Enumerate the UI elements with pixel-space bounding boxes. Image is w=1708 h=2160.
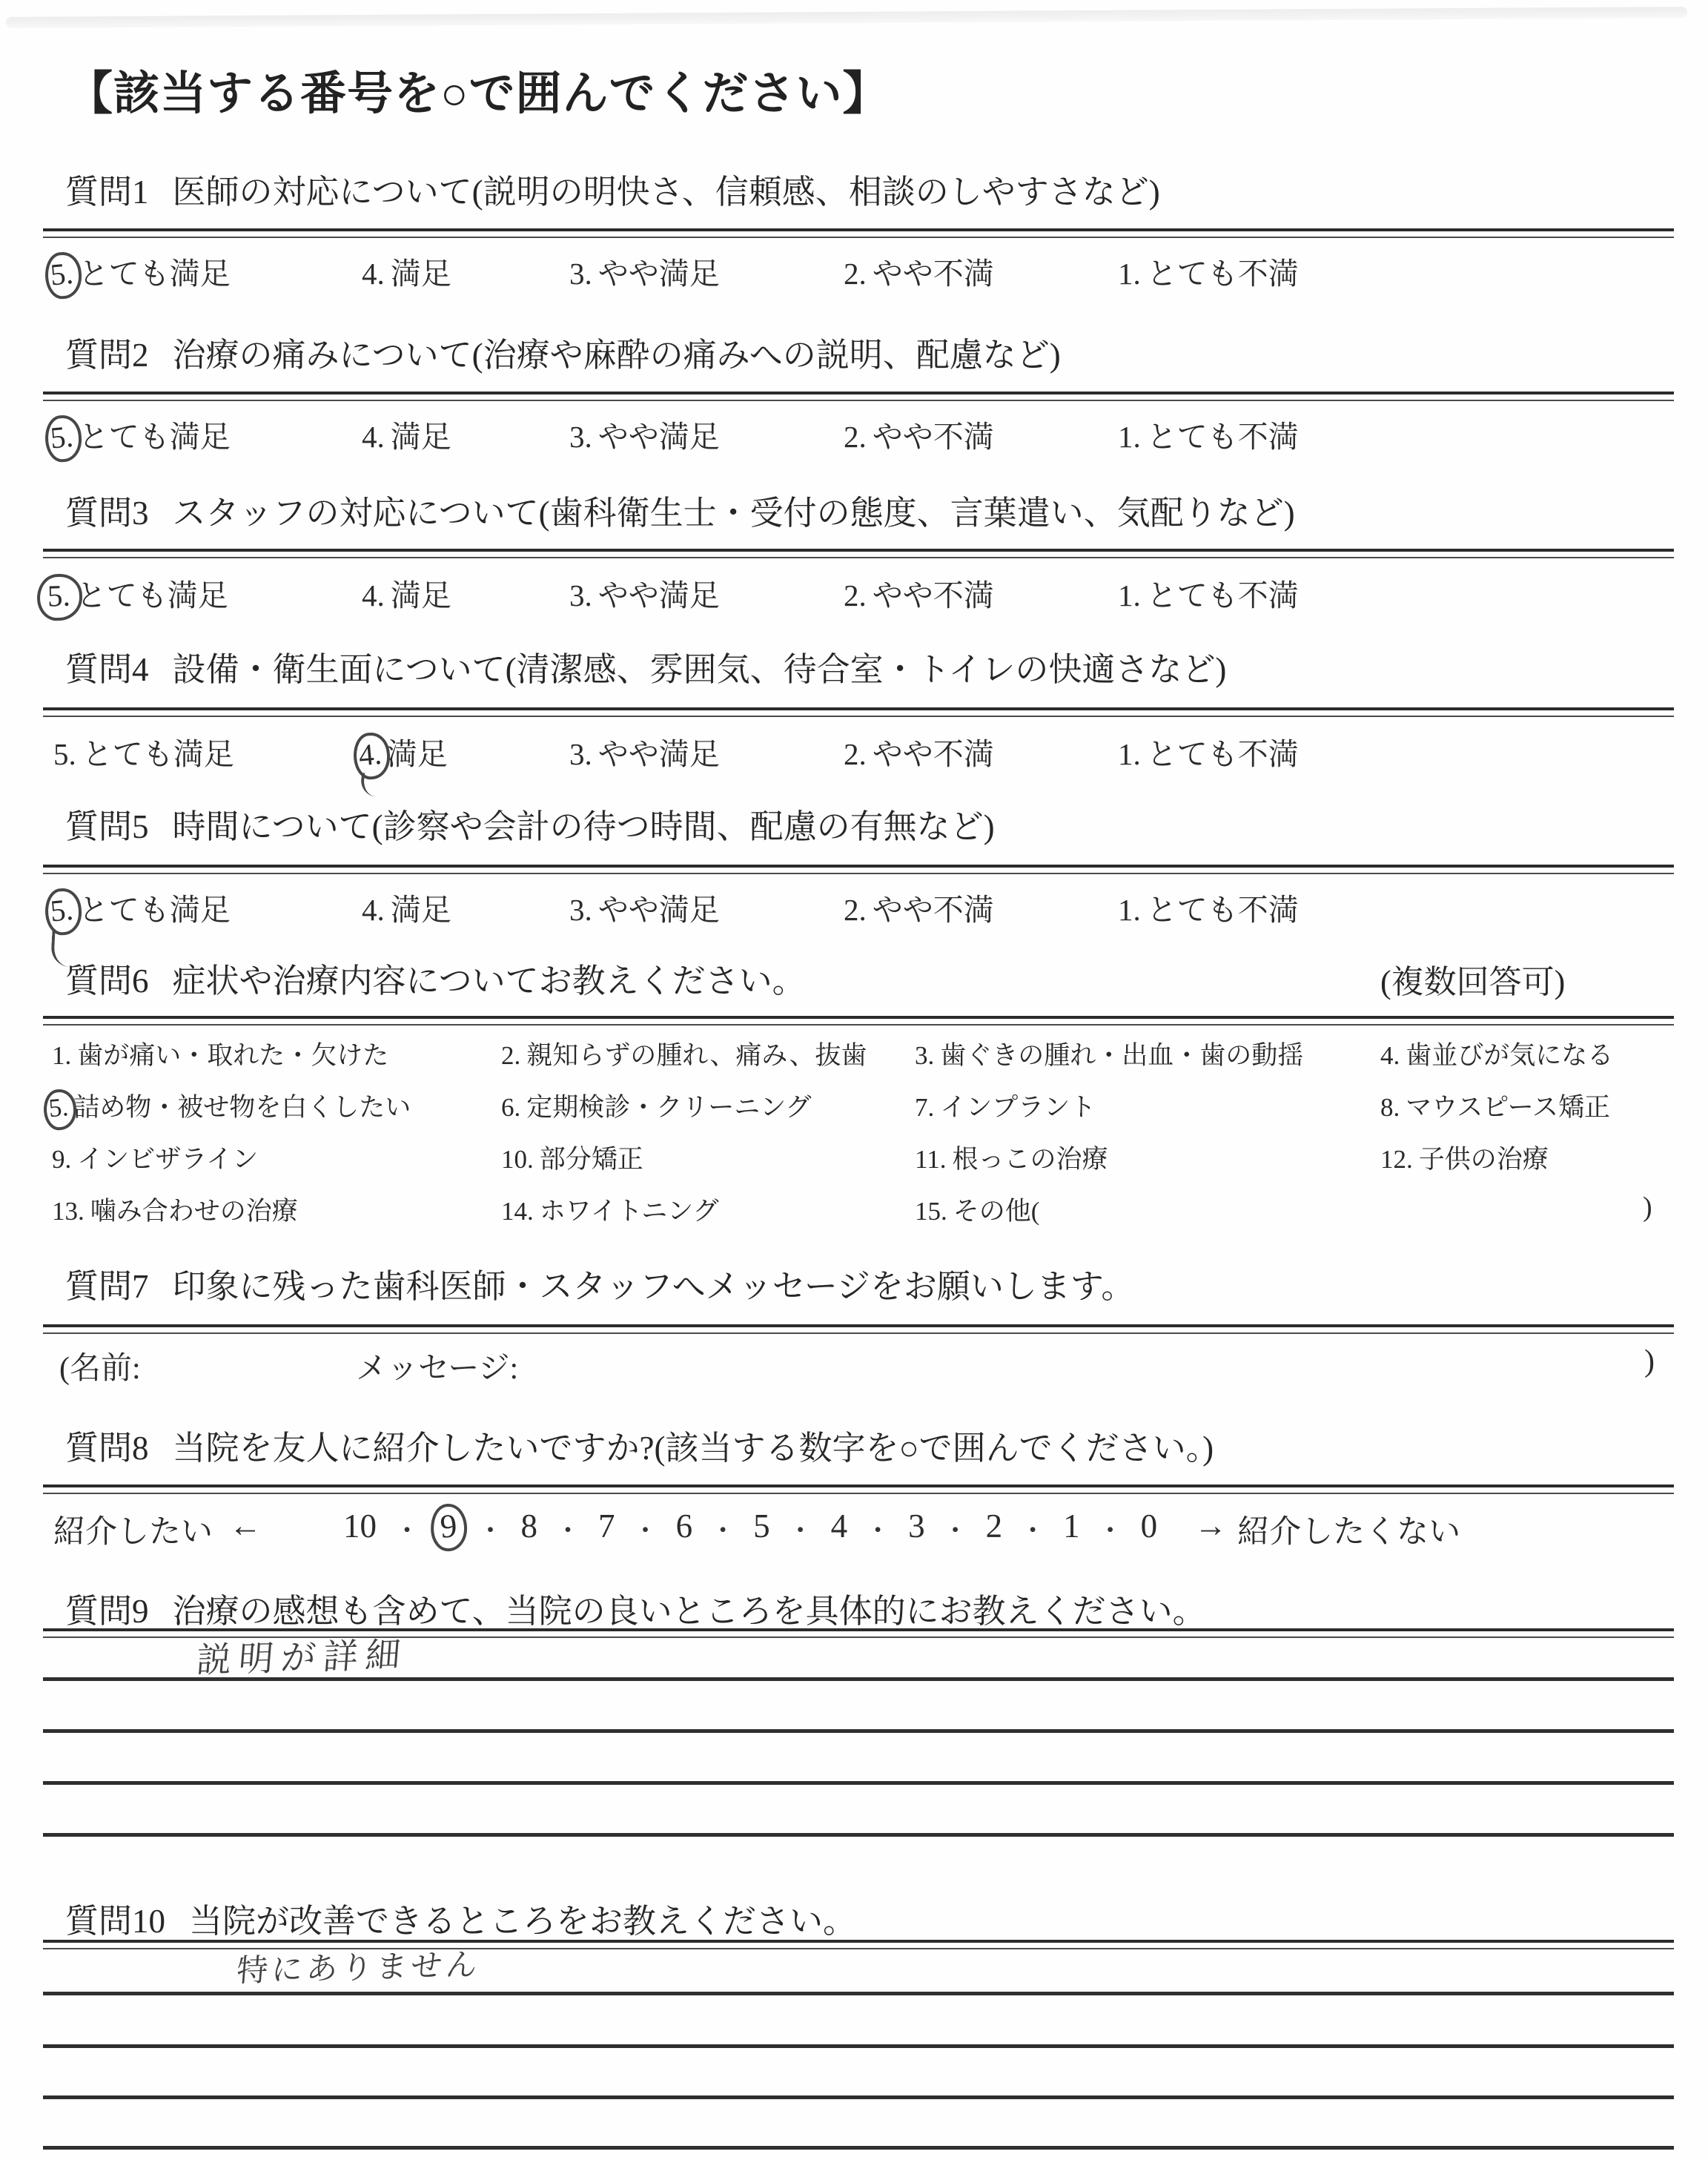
item-number: 3. [915,1041,934,1071]
rating-option: 5.とても満足 [53,730,234,773]
nps-number: 6 [676,1507,693,1545]
rating-option: 4.満足 [362,885,451,929]
question-8-heading: 当院を友人に紹介したいですか?(該当する数字を○で囲んでください。) [173,1430,1214,1467]
question-7-label: 質問7 [65,1268,149,1305]
question-1-heading: 医師の対応について(説明の明快さ、信頼感、相談のしやすさなど) [173,174,1160,211]
dot-separator: ・ [942,1507,969,1548]
option-label: とても不満 [1147,257,1299,291]
item-number: 6. [501,1093,520,1123]
answer-line [43,1729,1674,1733]
symptom-item: 9.インビザライン [52,1139,258,1176]
question-6-row-3: 9.インビザライン 10.部分矯正 11.根っこの治療 12.子供の治療 [0,1139,1708,1185]
nps-number: 0 [1141,1507,1158,1545]
item-label: 部分矯正 [540,1145,643,1174]
dot-separator: ・ [477,1507,504,1548]
symptom-item: 5.詰め物・被せ物を白くしたい [52,1087,411,1124]
question-6-row-2: 5.詰め物・被せ物を白くしたい 6.定期検診・クリーニング 7.インプラント 8… [0,1087,1708,1133]
symptom-item: 7.インプラント [915,1087,1096,1124]
question-6-heading: 症状や治療内容についてお教えください。 [173,962,806,1000]
question-3-options: 5.とても満足 4.満足 3.やや満足 2.やや不満 1.とても不満 [0,571,1708,618]
option-number: 2. [844,419,867,455]
option-number: 2. [844,736,867,772]
option-number: 3. [569,736,592,772]
question-2-options: 5.とても満足 4.満足 3.やや満足 2.やや不満 1.とても不満 [0,412,1708,460]
selected-circle-q5: 5. [43,887,83,937]
question-2-heading: 治療の痛みについて(治療や麻酔の痛みへの説明、配慮など) [173,337,1061,374]
option-label: とても満足 [79,257,231,291]
question-1-header: 質問1医師の対応について(説明の明快さ、信頼感、相談のしやすさなど) [65,165,1160,213]
option-number: 4. [362,578,385,613]
symptom-item: 6.定期検診・クリーニング [501,1087,812,1124]
scan-artifact-line [6,7,1687,28]
option-number: 2. [844,892,867,928]
rating-option: 4.満足 [362,571,451,615]
question-5-options: 5.とても満足 4.満足 3.やや満足 2.やや不満 1.とても不満 [0,885,1708,933]
option-number: 4. [362,256,385,291]
nps-number: 1 [1063,1507,1080,1545]
item-label: マウスピース矯正 [1406,1093,1610,1122]
left-arrow-icon: ← [229,1507,262,1545]
option-number: 1. [1118,736,1141,772]
right-arrow-icon: → [1194,1507,1227,1545]
option-label: やや満足 [598,578,720,612]
option-label: とても満足 [76,578,228,612]
item-number: 2. [501,1041,520,1071]
rating-option: 2.やや不満 [844,412,994,456]
question-3-label: 質問3 [65,495,149,532]
question-7-header: 質問7印象に残った歯科医師・スタッフへメッセージをお願いします。 [65,1259,1134,1307]
rating-option: 5.とても満足 [53,249,231,293]
question-6-underline [43,1016,1674,1025]
rating-option: 4.満足 [362,412,451,456]
option-label: とても満足 [82,737,234,771]
question-7-fields: (名前: メッセージ: ) [0,1344,1708,1388]
answer-line [43,1781,1674,1785]
symptom-item: 12.子供の治療 [1380,1139,1549,1176]
option-number: 2. [844,256,867,291]
fields-close-paren: ) [1644,1344,1655,1379]
option-label: やや不満 [873,893,994,927]
nps-scale-row: 紹介したい ← 10 ・ 9 ・ 8 ・ 7 ・ 6 ・ 5 ・ 4 ・ 3 ・… [53,1507,1669,1552]
question-3-header: 質問3スタッフの対応について(歯科衛生士・受付の態度、言葉遣い、気配りなど) [65,486,1295,534]
symptom-item: 8.マウスピース矯正 [1380,1087,1610,1124]
question-1-label: 質問1 [65,174,149,211]
symptom-item: 4.歯並びが気になる [1380,1035,1613,1072]
nps-number: 10 [343,1507,377,1545]
option-number: 3. [569,256,592,291]
symptom-item: 13.噛み合わせの治療 [52,1191,298,1228]
question-1-underline [43,228,1674,238]
answer-line [43,2044,1674,2048]
question-3-heading: スタッフの対応について(歯科衛生士・受付の態度、言葉遣い、気配りなど) [173,495,1295,532]
item-number: 10. [501,1145,534,1175]
option-number: 5. [53,736,76,772]
item-label: インプラント [940,1093,1096,1122]
question-2-underline [43,392,1674,401]
question-6-header: 質問6症状や治療内容についてお教えください。 [65,954,806,1002]
message-field-label: メッセージ: [356,1344,518,1388]
rating-option: 2.やや不満 [844,730,994,773]
item-number: 1. [52,1041,71,1071]
rating-option: 3.やや満足 [569,249,720,293]
option-label: とても不満 [1147,737,1299,771]
survey-form-page: 【該当する番号を○で囲んでください】 質問1医師の対応について(説明の明快さ、信… [0,0,1708,2160]
option-number: 2. [844,578,867,613]
option-number: 4. [362,892,385,928]
option-label: とても不満 [1147,420,1299,454]
item-number: 9. [52,1145,71,1175]
dot-separator: ・ [555,1507,581,1548]
dot-separator: ・ [864,1507,891,1548]
dot-separator: ・ [1019,1507,1046,1548]
handwritten-answer-q9: 説明が詳細 [195,1628,410,1683]
option-label: とても不満 [1147,893,1299,927]
question-6-row-1: 1.歯が痛い・取れた・欠けた 2.親知らずの腫れ、痛み、抜歯 3.歯ぐきの腫れ・… [0,1035,1708,1081]
item-label: 詰め物・被せ物を白くしたい [73,1093,411,1122]
rating-option: 5.とても満足 [53,571,228,615]
item-label: 子供の治療 [1419,1145,1549,1174]
answer-line [43,1677,1674,1681]
symptom-item-other: 15.その他( [915,1191,1039,1228]
rating-option: 2.やや不満 [844,885,994,929]
question-10-heading: 当院が改善できるところをお教えください。 [189,1903,856,1940]
selected-circle-q2: 5. [43,414,83,463]
question-10-header: 質問10当院が改善できるところをお教えください。 [65,1894,856,1942]
question-9-heading: 治療の感想も含めて、当院の良いところを具体的にお教えください。 [173,1593,1206,1630]
rating-option: 1.とても不満 [1118,571,1299,615]
item-label: 根っこの治療 [952,1145,1108,1174]
item-number: 15. [915,1197,947,1226]
item-number: 11. [915,1145,946,1175]
item-number: 13. [52,1197,85,1226]
item-number: 12. [1380,1145,1413,1175]
option-label: 満足 [391,893,451,927]
question-5-underline [43,865,1674,874]
question-10-label: 質問10 [65,1903,165,1940]
question-8-label: 質問8 [65,1430,149,1467]
question-5-header: 質問5時間について(診察や会計の待つ時間、配慮の有無など) [65,799,995,848]
option-number: 1. [1118,892,1141,928]
rating-option: 1.とても不満 [1118,885,1299,929]
multiple-answers-note: (複数回答可) [1380,955,1565,1003]
option-label: やや不満 [873,578,994,612]
question-8-underline [43,1484,1674,1494]
name-field-label: (名前: [59,1344,141,1388]
option-label: やや満足 [598,420,720,454]
selected-circle-q8: 9 [429,1502,469,1552]
rating-option: 1.とても不満 [1118,249,1299,293]
question-5-label: 質問5 [65,808,149,845]
nps-number: 3 [908,1507,925,1545]
answer-line [43,1992,1674,1995]
item-number: 14. [501,1197,534,1226]
dot-separator: ・ [394,1507,420,1548]
option-label: 満足 [391,578,451,612]
rating-option: 1.とても不満 [1118,412,1299,456]
nps-right-label: 紹介したくない [1237,1507,1460,1552]
question-5-heading: 時間について(診察や会計の待つ時間、配慮の有無など) [173,808,995,845]
symptom-item: 1.歯が痛い・取れた・欠けた [52,1035,388,1072]
nps-number: 7 [598,1507,615,1545]
rating-option: 3.やや満足 [569,730,720,773]
selected-circle-q1: 5. [43,251,83,300]
item-label: 噛み合わせの治療 [90,1197,298,1226]
question-6-label: 質問6 [65,962,149,1000]
symptom-item: 11.根っこの治療 [915,1139,1108,1176]
other-close-paren: ) [1643,1191,1652,1223]
option-label: 満足 [391,420,451,454]
symptom-item: 14.ホワイトニング [501,1191,719,1228]
question-6-row-4: 13.噛み合わせの治療 14.ホワイトニング 15.その他( ) [0,1191,1708,1237]
nps-number: 8 [521,1507,538,1545]
question-8-header: 質問8当院を友人に紹介したいですか?(該当する数字を○で囲んでください。) [65,1421,1214,1469]
answer-line [43,1833,1674,1837]
question-9-header: 質問9治療の感想も含めて、当院の良いところを具体的にお教えください。 [65,1584,1206,1632]
option-label: 満足 [387,737,448,771]
selected-circle-q3: 5. [36,573,83,621]
option-label: やや不満 [873,420,994,454]
nps-number: 5 [753,1507,770,1545]
option-number: 3. [569,892,592,928]
nps-number: 2 [986,1507,1003,1545]
nps-number-sequence: 10 ・ 9 ・ 8 ・ 7 ・ 6 ・ 5 ・ 4 ・ 3 ・ 2 ・ 1 ・… [343,1507,1157,1548]
item-label: ホワイトニング [540,1197,719,1226]
question-4-underline [43,707,1674,717]
item-number: 8. [1380,1093,1400,1123]
symptom-item: 2.親知らずの腫れ、痛み、抜歯 [501,1035,867,1072]
answer-line [43,2146,1674,2150]
page-title: 【該当する番号を○で囲んでください】 [67,56,889,122]
rating-option: 3.やや満足 [569,412,720,456]
question-9-label: 質問9 [65,1593,149,1630]
option-number: 3. [569,578,592,613]
question-3-underline [43,549,1674,558]
option-number: 1. [1118,578,1141,613]
item-label: 定期検診・クリーニング [526,1093,811,1122]
question-4-heading: 設備・衛生面について(清潔感、雰囲気、待合室・トイレの快適さなど) [173,651,1227,688]
rating-option: 3.やや満足 [569,571,720,615]
question-2-label: 質問2 [65,337,149,374]
question-4-options: 5.とても満足 4.満足 3.やや満足 2.やや不満 1.とても不満 [0,730,1708,777]
question-4-header: 質問4設備・衛生面について(清潔感、雰囲気、待合室・トイレの快適さなど) [65,642,1226,690]
option-label: やや満足 [598,737,720,771]
option-label: やや不満 [873,737,994,771]
rating-option: 1.とても不満 [1118,730,1299,773]
option-label: とても満足 [79,893,231,927]
rating-option: 4.満足 [362,730,448,773]
rating-option: 4.満足 [362,249,451,293]
rating-option: 3.やや満足 [569,885,720,929]
option-number: 1. [1118,419,1141,455]
question-7-underline [43,1324,1674,1334]
option-label: とても不満 [1147,578,1299,612]
dot-separator: ・ [709,1507,736,1548]
item-number: 7. [915,1093,934,1123]
rating-option: 5.とても満足 [53,412,231,456]
item-label: インビザライン [77,1145,258,1174]
option-label: やや不満 [873,257,994,291]
rating-option: 5.とても満足 [53,885,231,929]
handwritten-answer-q10: 特にありません [235,1940,483,1991]
question-4-label: 質問4 [65,651,149,688]
question-1-options: 5.とても満足 4.満足 3.やや満足 2.やや不満 1.とても不満 [0,249,1708,297]
dot-separator: ・ [787,1507,814,1548]
option-label: やや満足 [598,257,720,291]
option-label: 満足 [391,257,451,291]
dot-separator: ・ [1097,1507,1124,1548]
rating-option: 2.やや不満 [844,571,994,615]
symptom-item: 10.部分矯正 [501,1139,643,1176]
item-label: その他( [953,1197,1040,1226]
symptom-item: 3.歯ぐきの腫れ・出血・歯の動揺 [915,1035,1303,1072]
nps-left-label: 紹介したい [53,1507,213,1552]
option-number: 3. [569,419,592,455]
rating-option: 2.やや不満 [844,249,994,293]
question-7-heading: 印象に残った歯科医師・スタッフへメッセージをお願いします。 [173,1268,1135,1305]
selected-circle-q4: 4. [351,731,391,781]
option-label: やや満足 [598,893,720,927]
option-label: とても満足 [79,420,231,454]
item-label: 歯が痛い・取れた・欠けた [77,1041,388,1070]
answer-line [43,2095,1674,2099]
item-number: 4. [1380,1041,1400,1071]
option-number: 1. [1118,256,1141,291]
item-label: 歯並びが気になる [1406,1041,1613,1070]
nps-number: 4 [831,1507,848,1545]
dot-separator: ・ [632,1507,659,1548]
item-label: 歯ぐきの腫れ・出血・歯の動揺 [940,1041,1303,1070]
question-2-header: 質問2治療の痛みについて(治療や麻酔の痛みへの説明、配慮など) [65,328,1061,376]
option-number: 4. [362,419,385,455]
item-label: 親知らずの腫れ、痛み、抜歯 [526,1041,867,1070]
